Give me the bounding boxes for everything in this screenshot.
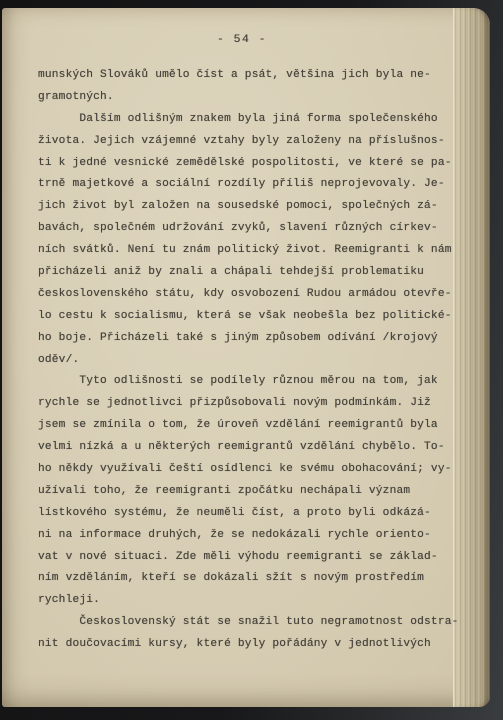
text-line: jich život byl založen na sousedské pomo… xyxy=(38,196,458,218)
text-line: gramotných. xyxy=(38,87,458,109)
text-line: lo cestu k socialismu, která se však neo… xyxy=(38,306,458,328)
text-line: bavách, společném udržování zvyků, slave… xyxy=(38,218,458,240)
photo-background: - 54 - munských Slováků umělo číst a psá… xyxy=(0,0,503,720)
text-line: Tyto odlišnosti se podílely různou měrou… xyxy=(38,371,458,393)
document-page: - 54 - munských Slováků umělo číst a psá… xyxy=(2,8,490,707)
text-line: přicházeli aniž by znali a chápali tehde… xyxy=(38,262,458,284)
book-page-edge-stack xyxy=(453,8,490,707)
text-line: nit doučovacími kursy, které byly pořádá… xyxy=(38,634,458,656)
text-line: lístkového systému, že neuměli číst, a p… xyxy=(38,503,458,525)
body-text: munských Slováků umělo číst a psát, větš… xyxy=(38,65,458,656)
text-line: jsem se zmínila o tom, že úroveň vzdělán… xyxy=(38,415,458,437)
text-line: československého státu, kdy osvobození R… xyxy=(38,284,458,306)
text-line: ních svátků. Není tu znám politický živo… xyxy=(38,240,458,262)
text-line: užívali toho, že reemigranti zpočátku ne… xyxy=(38,481,458,503)
page-number: - 54 - xyxy=(38,34,446,46)
text-line: rychle se jednotlivci přizpůsobovali nov… xyxy=(38,393,458,415)
text-line: Dalším odlišným znakem byla jiná forma s… xyxy=(38,109,458,131)
text-line: trně majetkové a sociální rozdíly příliš… xyxy=(38,174,458,196)
text-line: Československý stát se snažil tuto negra… xyxy=(38,612,458,634)
text-line: života. Jejich vzájemné vztahy byly zalo… xyxy=(38,131,458,153)
text-line: munských Slováků umělo číst a psát, větš… xyxy=(38,65,458,87)
text-line: ním vzděláním, kteří se dokázali sžít s … xyxy=(38,568,458,590)
text-line: ni na informace druhých, že se nedokázal… xyxy=(38,525,458,547)
text-line: vat v nové situaci. Zde měli výhodu reem… xyxy=(38,547,458,569)
text-line: rychleji. xyxy=(38,590,458,612)
text-line: velmi nízká a u některých reemigrantů vz… xyxy=(38,437,458,459)
text-line: ho boje. Přicházeli také s jiným způsobe… xyxy=(38,328,458,350)
text-line: ti k jedné vesnické zemědělské pospolito… xyxy=(38,153,458,175)
text-line: ho někdy využívali čeští osídlenci ke sv… xyxy=(38,459,458,481)
text-line: oděv/. xyxy=(38,350,458,372)
